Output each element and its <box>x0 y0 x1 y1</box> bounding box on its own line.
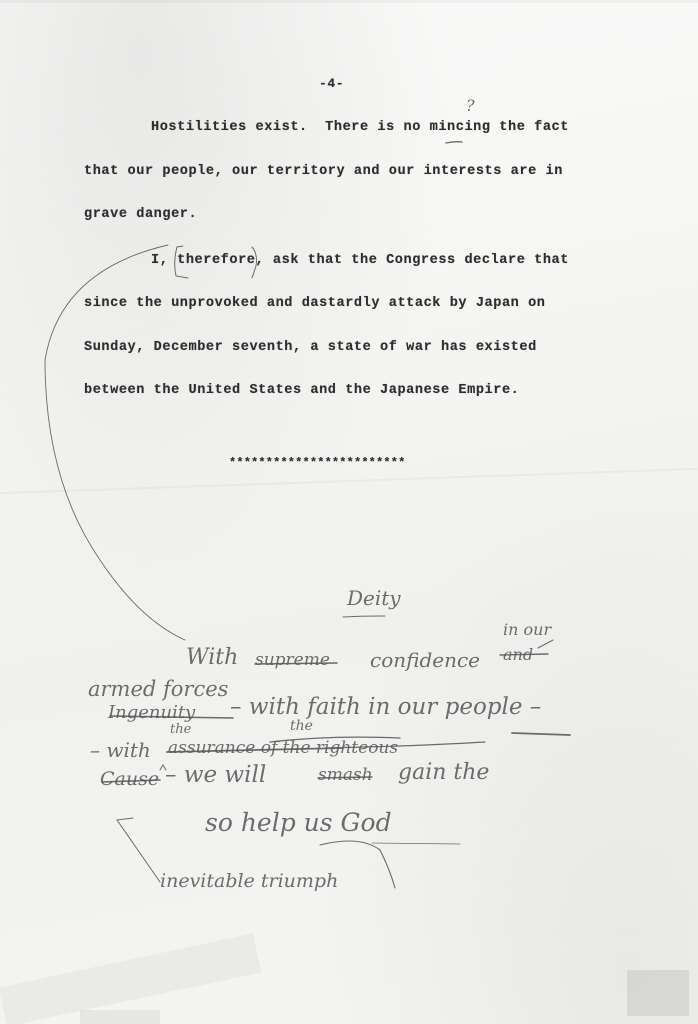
typed-line: that our people, our territory and our i… <box>84 164 563 179</box>
page-number: -4- <box>319 76 344 91</box>
typed-line: Hostilities exist. There is no mincing t… <box>151 120 569 135</box>
annotation-inevitable-triumph: inevitable triumph <box>160 870 338 892</box>
annotation-insert-the-2: the <box>290 718 313 734</box>
tape-mark <box>80 1010 160 1024</box>
annotation-we-will: – we will <box>165 762 266 788</box>
paper-crease <box>0 468 698 494</box>
typed-line: since the unprovoked and dastardly attac… <box>84 296 546 311</box>
annotation-struck-assurance: assurance of the righteous <box>168 738 398 758</box>
annotation-struck-smash: smash <box>318 765 373 785</box>
annotation-struck-and: and <box>503 645 533 664</box>
annotation-armed-forces: armed forces <box>88 677 228 701</box>
annotation-insert-in-our: in our <box>503 620 551 639</box>
annotation-insert-the: the <box>170 722 191 737</box>
annotation-so-help-us-god: so help us God <box>205 808 392 837</box>
annotation-struck-ingenuity: Ingenuity <box>108 702 195 723</box>
annotation-with: With <box>186 645 238 670</box>
paper-fold <box>0 0 698 3</box>
typed-line: between the United States and the Japane… <box>84 383 519 398</box>
typed-line: I, therefore, ask that the Congress decl… <box>151 253 569 268</box>
annotation-gain-the: gain the <box>398 760 489 785</box>
tape-mark <box>627 970 689 1016</box>
typed-line: Sunday, December seventh, a state of war… <box>84 340 537 355</box>
typed-line: grave danger. <box>84 207 197 222</box>
annotation-confidence: confidence <box>370 648 480 672</box>
annotation-question-mark: ? <box>466 96 475 115</box>
pencil-marks <box>0 0 698 1024</box>
separator-asterisks: ************************ <box>229 456 405 470</box>
annotation-struck-supreme: supreme <box>255 650 330 670</box>
document-page: -4- Hostilities exist. There is no minci… <box>0 0 698 1024</box>
annotation-struck-cause: Cause <box>100 768 159 790</box>
annotation-deity: Deity <box>347 586 401 610</box>
annotation-with-2: – with <box>90 738 151 762</box>
annotation-faith: – with faith in our people – <box>230 694 541 720</box>
